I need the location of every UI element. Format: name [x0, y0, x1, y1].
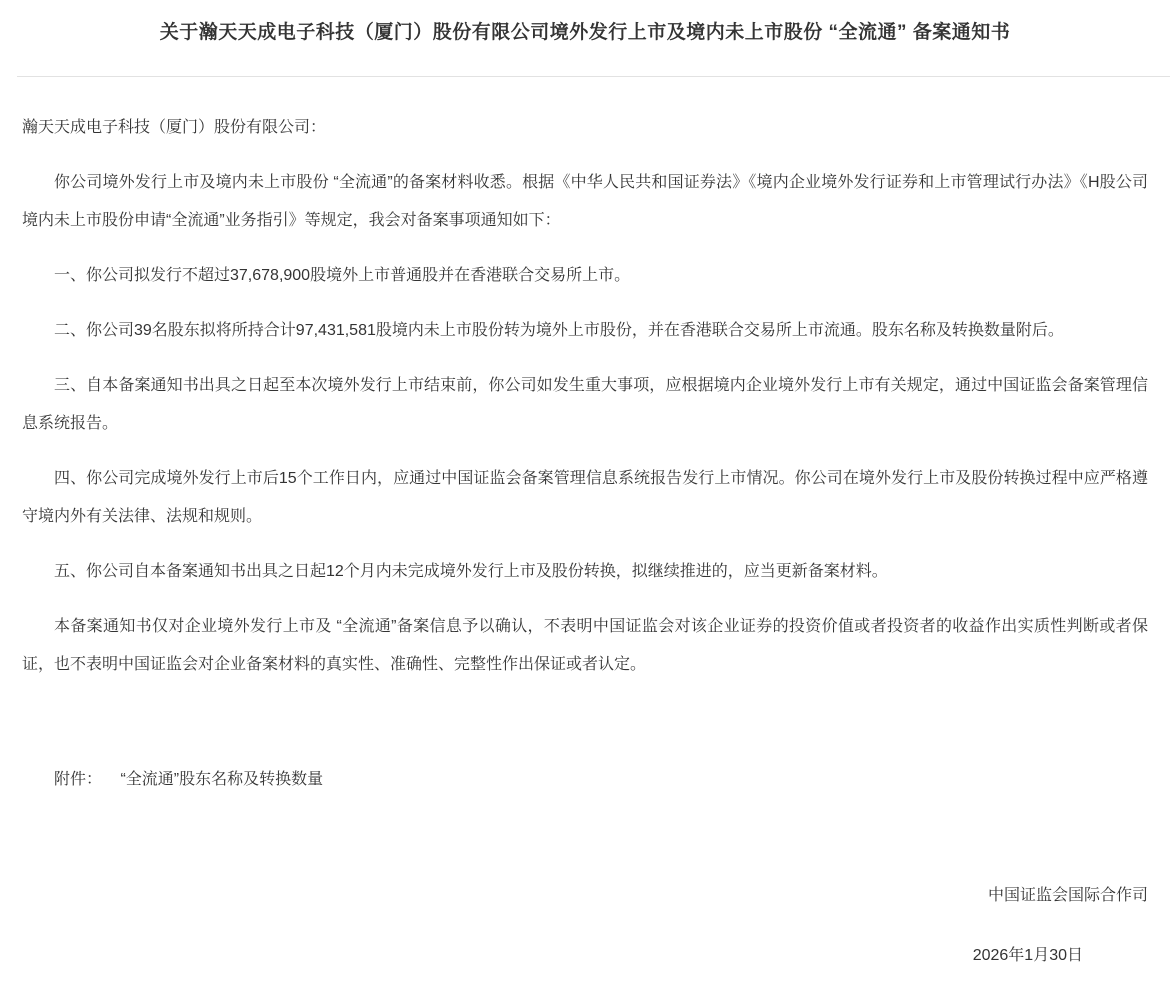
document-body: 瀚天天成电子科技（厦门）股份有限公司： 你公司境外发行上市及境内未上市股份 “全… [0, 109, 1170, 975]
attachment-line: 附件： “全流通”股东名称及转换数量 [22, 761, 1148, 799]
item-4-paragraph: 四、你公司完成境外发行上市后15个工作日内，应通过中国证监会备案管理信息系统报告… [22, 460, 1148, 536]
item-5-paragraph: 五、你公司自本备案通知书出具之日起12个月内未完成境外发行上市及股份转换，拟继续… [22, 553, 1148, 591]
issuer-signature: 中国证监会国际合作司 [22, 877, 1148, 915]
title-divider [17, 76, 1170, 77]
page-title: 关于瀚天天成电子科技（厦门）股份有限公司境外发行上市及境内未上市股份 “全流通”… [0, 0, 1170, 46]
item-2-paragraph: 二、你公司39名股东拟将所持合计97,431,581股境内未上市股份转为境外上市… [22, 312, 1148, 350]
document-page: 关于瀚天天成电子科技（厦门）股份有限公司境外发行上市及境内未上市股份 “全流通”… [0, 0, 1170, 1000]
item-3-paragraph: 三、自本备案通知书出具之日起至本次境外发行上市结束前，你公司如发生重大事项，应根… [22, 367, 1148, 443]
attachment-label: 附件： [54, 771, 102, 788]
intro-paragraph: 你公司境外发行上市及境内未上市股份 “全流通”的备案材料收悉。根据《中华人民共和… [22, 164, 1148, 240]
issue-date: 2026年1月30日 [22, 937, 1148, 975]
attachment-title: “全流通”股东名称及转换数量 [120, 771, 323, 788]
salutation: 瀚天天成电子科技（厦门）股份有限公司： [22, 109, 1148, 147]
item-1-paragraph: 一、你公司拟发行不超过37,678,900股境外上市普通股并在香港联合交易所上市… [22, 257, 1148, 295]
disclaimer-paragraph: 本备案通知书仅对企业境外发行上市及 “全流通”备案信息予以确认，不表明中国证监会… [22, 608, 1148, 684]
